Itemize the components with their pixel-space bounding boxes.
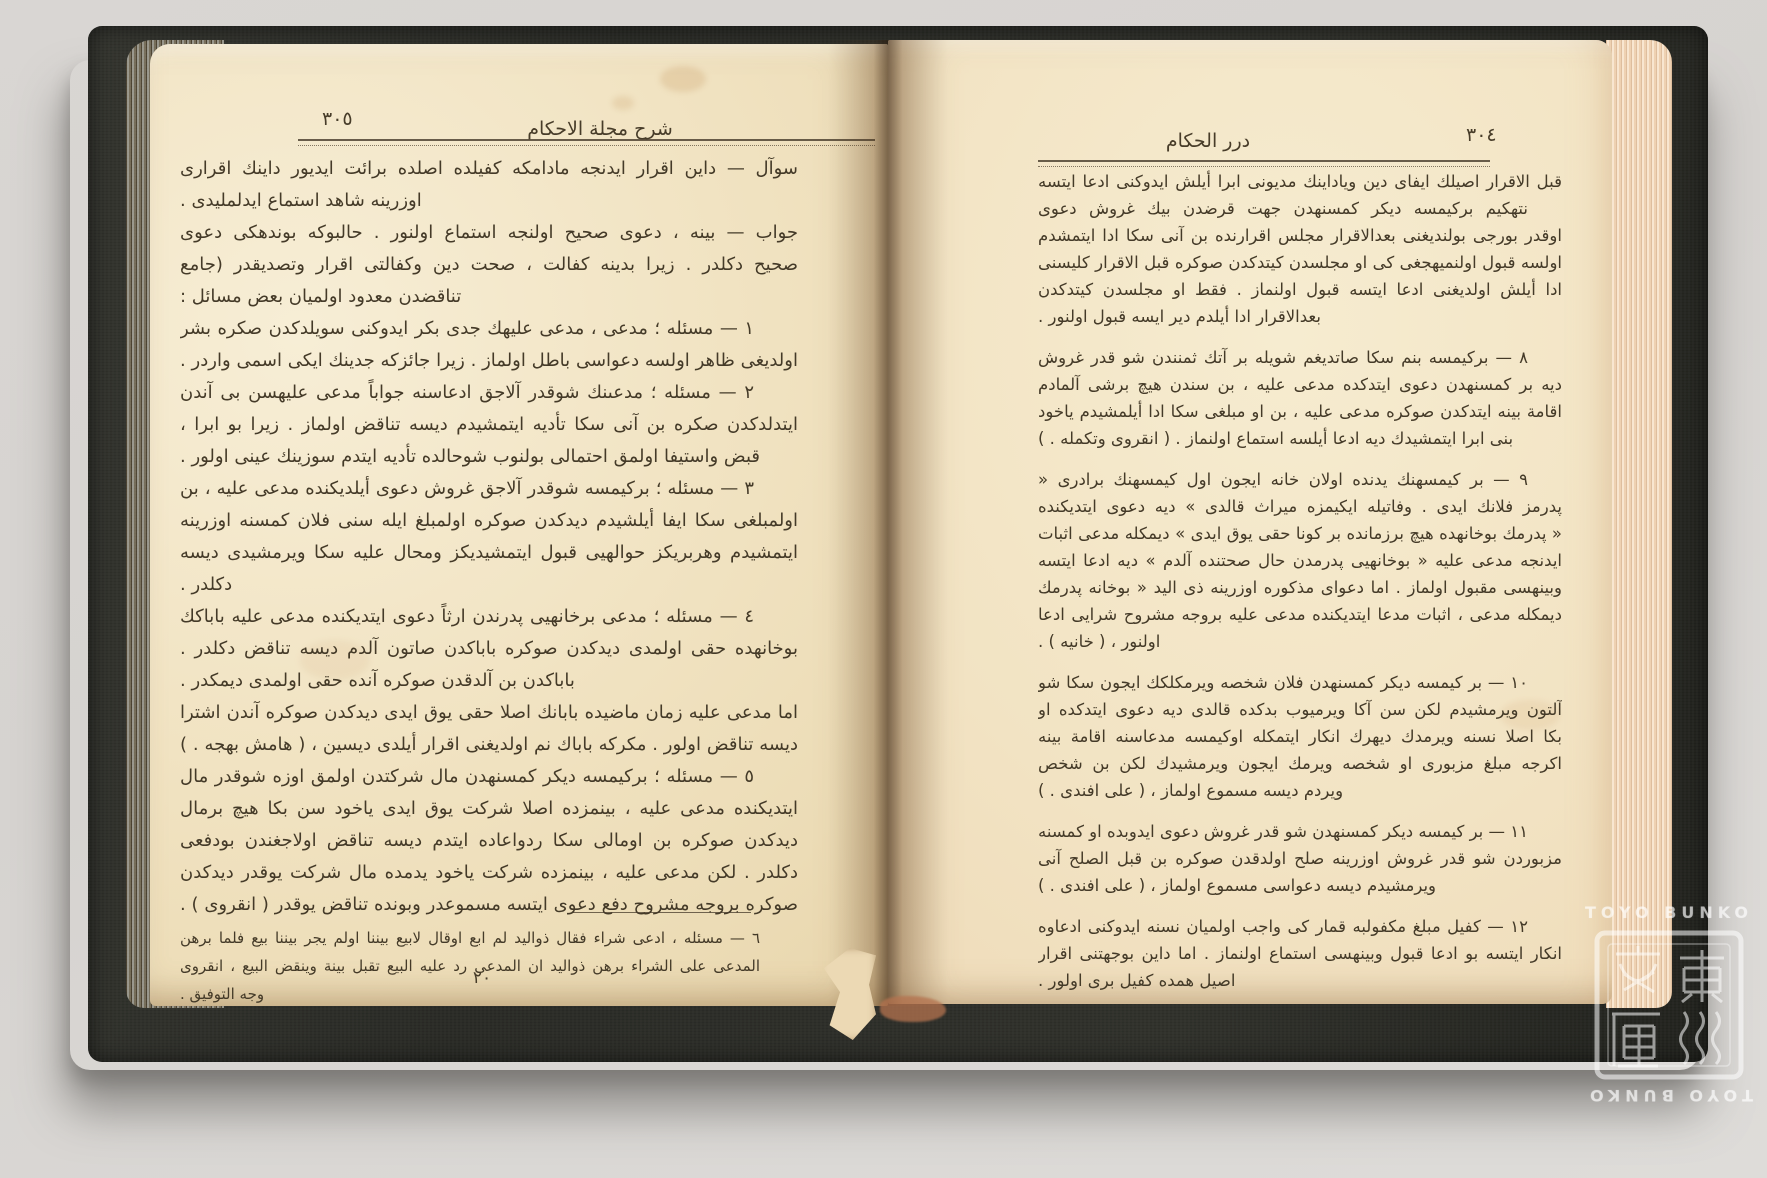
- right-page-number: ٣٠٤: [1466, 124, 1497, 146]
- text-line: دكلدر . لكن مدعى عليه ، بينمزده شركت ياخ…: [180, 857, 798, 889]
- text-line: اولديغى ظاهر اولسه دعواسى باطل اولماز . …: [180, 345, 798, 377]
- text-line: ادا أيلش اولديغنى ادعا ايتسه قبول اولنما…: [1038, 276, 1562, 303]
- text-line: ٥ — مسئله ؛ بركيمسه ديكر كمسنهدن مال شرك…: [180, 761, 798, 793]
- text-line: ايتمشيدم وهربريكز حوالهيى قبول ايتمشيديك…: [180, 537, 798, 569]
- text-line: آلتون ويرمشيدم لكن سن آكا ويرميوب بدكده …: [1038, 696, 1562, 723]
- text-line: ١ — مسئله ؛ مدعى ، مدعى عليهك جدى بكر اي…: [180, 313, 798, 345]
- footnote-line: ٦ — مسئله ، ادعى شراء فقال ذواليد لم ابع…: [180, 924, 760, 952]
- left-header-rule: [298, 139, 875, 146]
- text-line: اولنور ، ( خانيه ) .: [1038, 628, 1562, 655]
- right-page-body: قبل الاقرار اصيلك ايفاى دين وياداينك مدي…: [1038, 168, 1562, 994]
- text-line: ايتدلدكدن صكره بن آنى سكا تأديه ايتمشيدم…: [180, 409, 798, 441]
- left-page-body: سوآل — داين اقرار ايدنجه مادامكه كفيلده …: [180, 153, 798, 921]
- text-line: سوآل — داين اقرار ايدنجه مادامكه كفيلده …: [180, 153, 798, 185]
- text-line: اقامة بينه ايتدكدن صوكره مدعى عليه ، بن …: [1038, 398, 1562, 425]
- text-line: ديه بر كمسنهدن دعوى ايتدكده مدعى عليه ، …: [1038, 371, 1562, 398]
- text-line: ١٢ — كفيل مبلغ مكفولبه قمار كى واجب اولم…: [1038, 913, 1562, 940]
- text-line: اوزرينه شاهد استماع ايدلمليدى .: [180, 185, 798, 217]
- text-line: ٤ — مسئله ؛ مدعى برخانهيى پدرندن ارثاً د…: [180, 601, 798, 633]
- text-line: ٢ — مسئله ؛ مدعىنك شوقدر آلاجق ادعاسنه ج…: [180, 377, 798, 409]
- text-line: ٣ — مسئله ؛ بركيمسه شوقدر آلاجق غروش دعو…: [180, 473, 798, 505]
- text-line: ايتديكنده مدعى عليه ، بينمزده اصلا شركت …: [180, 793, 798, 825]
- text-line: پدرمز فلانك ايدى . وفاتيله ايكيمزه ميراث…: [1038, 493, 1562, 520]
- text-line: ديمكله مدعى ، اثبات مدعا ايتديكنده مدعى …: [1038, 601, 1562, 628]
- text-line: بكا اصلا نسنه ويرمدك ديهرك انكار ايتمكله…: [1038, 723, 1562, 750]
- book-photo-scene: ٣٠٥ شرح مجلة الاحكام درر الحكام ٣٠٤ سوآل…: [0, 0, 1767, 1178]
- text-line: ويردم ديسه مسموع اولماز ، ( على افندى . …: [1038, 777, 1562, 804]
- text-line: ١١ — بر كيمسه ديكر كمسنهدن شو قدر غروش د…: [1038, 818, 1562, 845]
- text-line: ٩ — بر كيمسهنك يدنده اولان خانه ايجون او…: [1038, 466, 1562, 493]
- text-line: تناقضدن معدود اولميان بعض مسائل :: [180, 281, 798, 313]
- text-line: ايدنجه مدعى عليه « بوخانهيى پدرمدن حال ص…: [1038, 547, 1562, 574]
- foxing-stain: [660, 66, 706, 92]
- text-line: بوخانهده حقى اولمدى ديدكدن صوكره باباكدن…: [180, 633, 798, 665]
- text-line: ويرمشيدم ديسه دعواسى مسموع اولماز ، ( عل…: [1038, 872, 1562, 899]
- text-line: قبل الاقرار اصيلك ايفاى دين وياداينك مدي…: [1038, 168, 1562, 195]
- text-line: اوقدر بورجى بولنديغنى بعدالاقرار مجلس اق…: [1038, 222, 1562, 249]
- watermark-text-bottom: TOYO BUNKO: [1576, 1086, 1762, 1105]
- foxing-stain: [612, 96, 634, 110]
- text-line: اصيل همده كفيل برى اولور .: [1038, 967, 1562, 994]
- text-line: وبينهسى مقبول اولماز . اما دعواى مذكوره …: [1038, 574, 1562, 601]
- text-line: ديسه تناقض اولور . مكركه باباك نم اولديغ…: [180, 729, 798, 761]
- text-line: اولمبلغى سكا ايفا أيلشيدم ديدكدن صوكره ا…: [180, 505, 798, 537]
- text-line: صحيح دكلدر . زيرا بدينه كفالت ، صحت دين …: [180, 249, 798, 281]
- text-line: ١٠ — بر كيمسه ديكر كمسنهدن فلان شخصه وير…: [1038, 669, 1562, 696]
- text-line: ٨ — بركيمسه بنم سكا صاتديغم شويله بر آتك…: [1038, 344, 1562, 371]
- text-line: « پدرمك بوخانهده هيچ برزمانده بر كونا حق…: [1038, 520, 1562, 547]
- text-line: جواب — بينه ، دعوى صحيح اولنجه استماع او…: [180, 217, 798, 249]
- toyo-bunko-seal-icon: [1594, 930, 1744, 1080]
- footnote-separator: [573, 912, 751, 913]
- right-page-title: درر الحكام: [1128, 130, 1288, 152]
- text-line: قبض واستيفا اولمق احتمالى بولنوب شوحالده…: [180, 441, 798, 473]
- text-line: اولسه قبول اولنميهجغى كى او مجلسدن كيتدك…: [1038, 249, 1562, 276]
- text-line: ديدكدن صوكره بن اومالى سكا ردواعاده ايتد…: [180, 825, 798, 857]
- left-page-footnote: ٦ — مسئله ، ادعى شراء فقال ذواليد لم ابع…: [180, 924, 760, 1008]
- text-line: مزبوردن شو قدر غروش اوزرينه صلح اولدقدن …: [1038, 845, 1562, 872]
- text-line: نتهكيم بركيمسه ديكر كمسنهدن جهت قرضدن بي…: [1038, 195, 1562, 222]
- right-page-edge-stack: [1606, 40, 1672, 1008]
- left-page-title: شرح مجلة الاحكام: [520, 118, 680, 140]
- text-line: بنى ابرا ايتمشيدك ديه ادعا أيلسه استماع …: [1038, 425, 1562, 452]
- text-line: بعدالاقرار ادا أيلدم دير ايسه قبول اولنو…: [1038, 303, 1562, 330]
- left-page-number: ٣٠٥: [322, 108, 353, 130]
- right-header-rule: [1038, 160, 1490, 167]
- gathering-signature: ٢٠: [452, 968, 512, 988]
- text-line: باباكدن بن آلدقدن صوكره آنده حقى اولمدى …: [180, 665, 798, 697]
- text-line: اكرجه مبلغ مزبورى او شخصه ويرمك ايجون وي…: [1038, 750, 1562, 777]
- text-line: صوكره بروجه مشروح دفع دعوى ايتسه مسموعدر…: [180, 889, 798, 921]
- text-line: اما مدعى عليه زمان ماضيده بابانك اصلا حق…: [180, 697, 798, 729]
- paper-tear-stain: [880, 996, 946, 1022]
- text-line: دكلدر .: [180, 569, 798, 601]
- watermark-text-top: TOYO BUNKO: [1576, 903, 1762, 922]
- text-line: انكار ايتسه بو ادعا قبول وبينهسى استماع …: [1038, 940, 1562, 967]
- toyo-bunko-watermark: TOYO BUNKO TOYO BUNKO: [1576, 903, 1762, 1105]
